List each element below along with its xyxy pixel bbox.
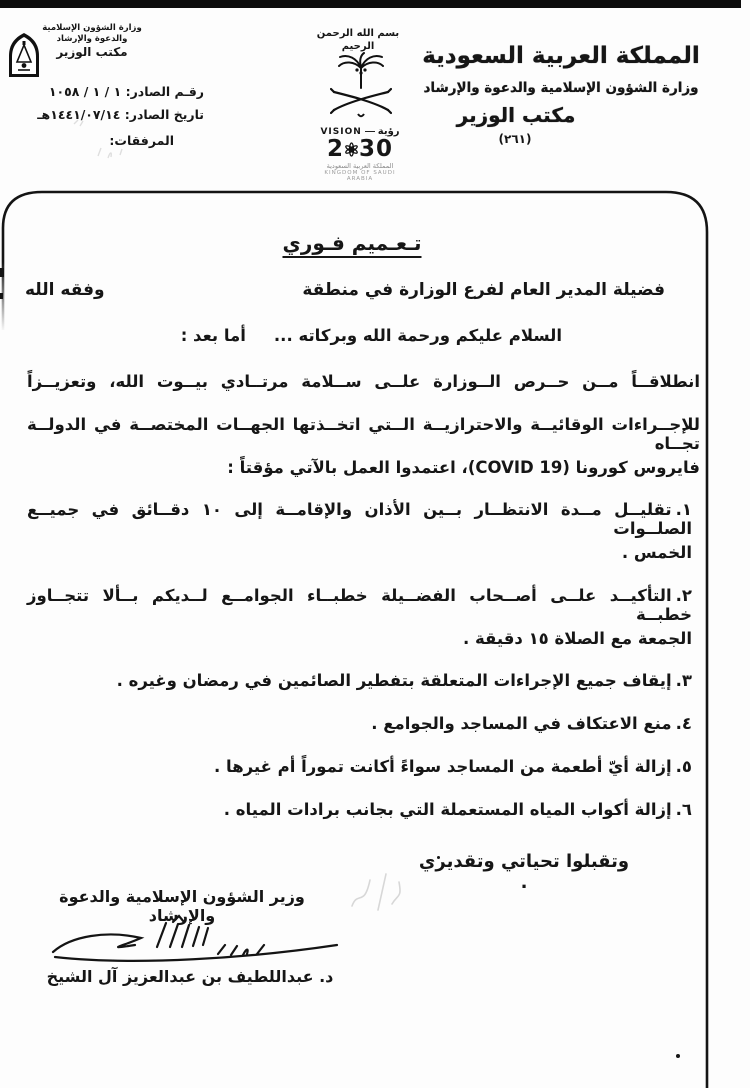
list-item-3: ٣.إيقاف جميع الإجراءات المتعلقة بتفطير ا… bbox=[27, 671, 692, 690]
item-3-text: إيقاف جميع الإجراءات المتعلقة بتفطير الص… bbox=[117, 671, 672, 690]
scanned-letter-page: وزارة الشؤون الإسلامية والدعوة والإرشاد … bbox=[0, 0, 750, 1088]
handwritten-note-scribble bbox=[342, 864, 408, 918]
addressee-text: فضيلة المدير العام لفرع الوزارة في منطقة bbox=[302, 280, 665, 300]
item-3-number: ٣. bbox=[676, 671, 692, 690]
list-item-4: ٤.منع الاعتكاف في المساجد والجوامع . bbox=[27, 714, 692, 733]
salutation-suffix: أما بعد : bbox=[181, 326, 246, 345]
item-1-number: ١. bbox=[676, 500, 692, 519]
list-item-1-line-1: ١.تقليــل مــدة الانتظــار بــين الأذان … bbox=[27, 500, 692, 538]
item-4-text: منع الاعتكاف في المساجد والجوامع . bbox=[371, 714, 671, 733]
minister-signature bbox=[45, 914, 345, 966]
item-4-number: ٤. bbox=[676, 714, 692, 733]
list-item-2-line-2: الجمعة مع الصلاة ١٥ دقيقة . bbox=[27, 629, 722, 648]
closing-phrase: وتقبلوا تحياتي وتقديري . bbox=[418, 851, 630, 893]
scan-speck bbox=[676, 1054, 680, 1058]
circular-title: تـعـميم فـوري bbox=[272, 231, 432, 255]
item-1-text: تقليــل مــدة الانتظــار بــين الأذان وا… bbox=[27, 500, 692, 538]
list-item-2-line-1: ٢.التأكيــد علــى أصــحاب الفضــيلة خطبـ… bbox=[27, 586, 692, 624]
salutation-row: السلام عليكم ورحمة الله وبركاته ... أما … bbox=[110, 326, 562, 345]
addressee-greeting: وفقه الله bbox=[25, 280, 105, 300]
list-item-6: ٦.إزالة أكواب المياه المستعملة التي بجان… bbox=[27, 800, 692, 819]
signature-name: د. عبداللطيف بن عبدالعزيز آل الشيخ bbox=[42, 967, 338, 986]
addressee-row: فضيلة المدير العام لفرع الوزارة في منطقة… bbox=[25, 280, 665, 300]
item-5-number: ٥. bbox=[676, 757, 692, 776]
body-line-1: انطلاقــاً مــن حــرص الــوزارة علــى سـ… bbox=[27, 372, 700, 402]
scan-speck bbox=[437, 856, 440, 859]
body-line-2: للإجــراءات الوقائيــة والاحترازيــة الـ… bbox=[27, 415, 700, 445]
list-item-1-line-2: الخمس . bbox=[27, 543, 722, 562]
item-6-text: إزالة أكواب المياه المستعملة التي بجانب … bbox=[224, 800, 672, 819]
item-2-number: ٢. bbox=[676, 586, 692, 605]
item-6-number: ٦. bbox=[676, 800, 692, 819]
item-5-text: إزالة أيّ أطعمة من المساجد سواءً أكانت ت… bbox=[214, 757, 672, 776]
list-item-5: ٥.إزالة أيّ أطعمة من المساجد سواءً أكانت… bbox=[27, 757, 692, 776]
salutation-text: السلام عليكم ورحمة الله وبركاته ... bbox=[274, 326, 562, 345]
item-2-text: التأكيــد علــى أصــحاب الفضــيلة خطبــا… bbox=[27, 586, 692, 624]
body-line-3: فايروس كورونا (COVID 19)، اعتمدوا العمل … bbox=[27, 458, 700, 488]
